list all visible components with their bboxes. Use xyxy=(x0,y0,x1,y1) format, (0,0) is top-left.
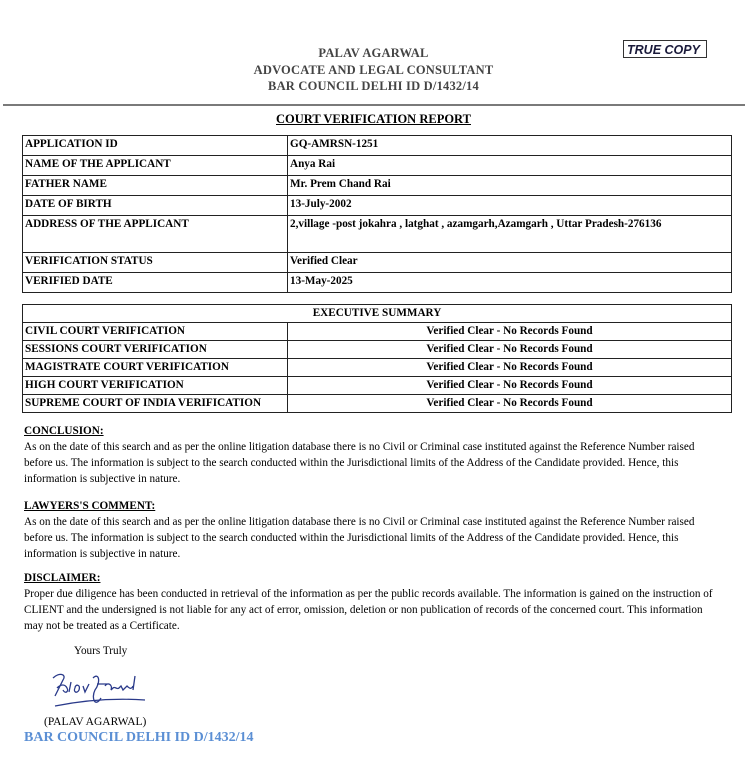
applicant-info-table: APPLICATION IDGQ-AMRSN-1251 NAME OF THE … xyxy=(22,135,732,293)
summary-header-row: EXECUTIVE SUMMARY xyxy=(23,305,732,323)
row-label: FATHER NAME xyxy=(23,176,288,196)
table-row: NAME OF THE APPLICANTAnya Rai xyxy=(23,156,732,176)
row-label: ADDRESS OF THE APPLICANT xyxy=(23,216,288,253)
executive-summary-table: EXECUTIVE SUMMARY CIVIL COURT VERIFICATI… xyxy=(22,304,732,413)
table-row: VERIFIED DATE13-May-2025 xyxy=(23,273,732,293)
conclusion-section: CONCLUSION: As on the date of this searc… xyxy=(24,423,724,487)
row-value: Verified Clear - No Records Found xyxy=(288,341,732,359)
summary-title: EXECUTIVE SUMMARY xyxy=(23,305,732,323)
row-label: NAME OF THE APPLICANT xyxy=(23,156,288,176)
signature-icon xyxy=(45,668,155,713)
lawyers-comment-text: As on the date of this search and as per… xyxy=(24,514,724,562)
disclaimer-heading: DISCLAIMER: xyxy=(24,570,724,586)
true-copy-stamp: TRUE COPY xyxy=(623,40,707,58)
signatory-bar-id: BAR COUNCIL DELHI ID D/1432/14 xyxy=(24,730,253,746)
row-label: VERIFICATION STATUS xyxy=(23,253,288,273)
row-label: APPLICATION ID xyxy=(23,136,288,156)
table-row: SUPREME COURT OF INDIA VERIFICATIONVerif… xyxy=(23,395,732,413)
table-row: DATE OF BIRTH13-July-2002 xyxy=(23,196,732,216)
row-label: CIVIL COURT VERIFICATION xyxy=(23,323,288,341)
row-value: 13-May-2025 xyxy=(288,273,732,293)
report-title: COURT VERIFICATION REPORT xyxy=(0,112,747,127)
row-label: DATE OF BIRTH xyxy=(23,196,288,216)
row-value: 2,village -post jokahra , latghat , azam… xyxy=(288,216,732,253)
row-value: Verified Clear xyxy=(288,253,732,273)
table-row: VERIFICATION STATUSVerified Clear xyxy=(23,253,732,273)
disclaimer-text: Proper due diligence has been conducted … xyxy=(24,586,724,634)
conclusion-text: As on the date of this search and as per… xyxy=(24,439,724,487)
header-divider xyxy=(3,104,745,106)
table-row: HIGH COURT VERIFICATIONVerified Clear - … xyxy=(23,377,732,395)
table-row: ADDRESS OF THE APPLICANT2,village -post … xyxy=(23,216,732,253)
row-value: Mr. Prem Chand Rai xyxy=(288,176,732,196)
row-label: HIGH COURT VERIFICATION xyxy=(23,377,288,395)
row-label: MAGISTRATE COURT VERIFICATION xyxy=(23,359,288,377)
row-value: Verified Clear - No Records Found xyxy=(288,323,732,341)
closing-text: Yours Truly xyxy=(74,645,127,657)
table-row: FATHER NAMEMr. Prem Chand Rai xyxy=(23,176,732,196)
row-value: Anya Rai xyxy=(288,156,732,176)
lawyers-comment-section: LAWYERS'S COMMENT: As on the date of thi… xyxy=(24,498,724,562)
row-label: SESSIONS COURT VERIFICATION xyxy=(23,341,288,359)
table-row: SESSIONS COURT VERIFICATIONVerified Clea… xyxy=(23,341,732,359)
row-value: 13-July-2002 xyxy=(288,196,732,216)
table-row: MAGISTRATE COURT VERIFICATIONVerified Cl… xyxy=(23,359,732,377)
table-row: CIVIL COURT VERIFICATIONVerified Clear -… xyxy=(23,323,732,341)
row-label: VERIFIED DATE xyxy=(23,273,288,293)
table-row: APPLICATION IDGQ-AMRSN-1251 xyxy=(23,136,732,156)
disclaimer-section: DISCLAIMER: Proper due diligence has bee… xyxy=(24,570,724,634)
row-value: GQ-AMRSN-1251 xyxy=(288,136,732,156)
row-value: Verified Clear - No Records Found xyxy=(288,377,732,395)
letterhead-bar-id: BAR COUNCIL DELHI ID D/1432/14 xyxy=(0,78,747,95)
signatory-name: (PALAV AGARWAL) xyxy=(44,716,146,728)
lawyers-comment-heading: LAWYERS'S COMMENT: xyxy=(24,498,724,514)
letterhead-designation: ADVOCATE AND LEGAL CONSULTANT xyxy=(0,62,747,79)
row-label: SUPREME COURT OF INDIA VERIFICATION xyxy=(23,395,288,413)
row-value: Verified Clear - No Records Found xyxy=(288,359,732,377)
row-value: Verified Clear - No Records Found xyxy=(288,395,732,413)
conclusion-heading: CONCLUSION: xyxy=(24,423,724,439)
